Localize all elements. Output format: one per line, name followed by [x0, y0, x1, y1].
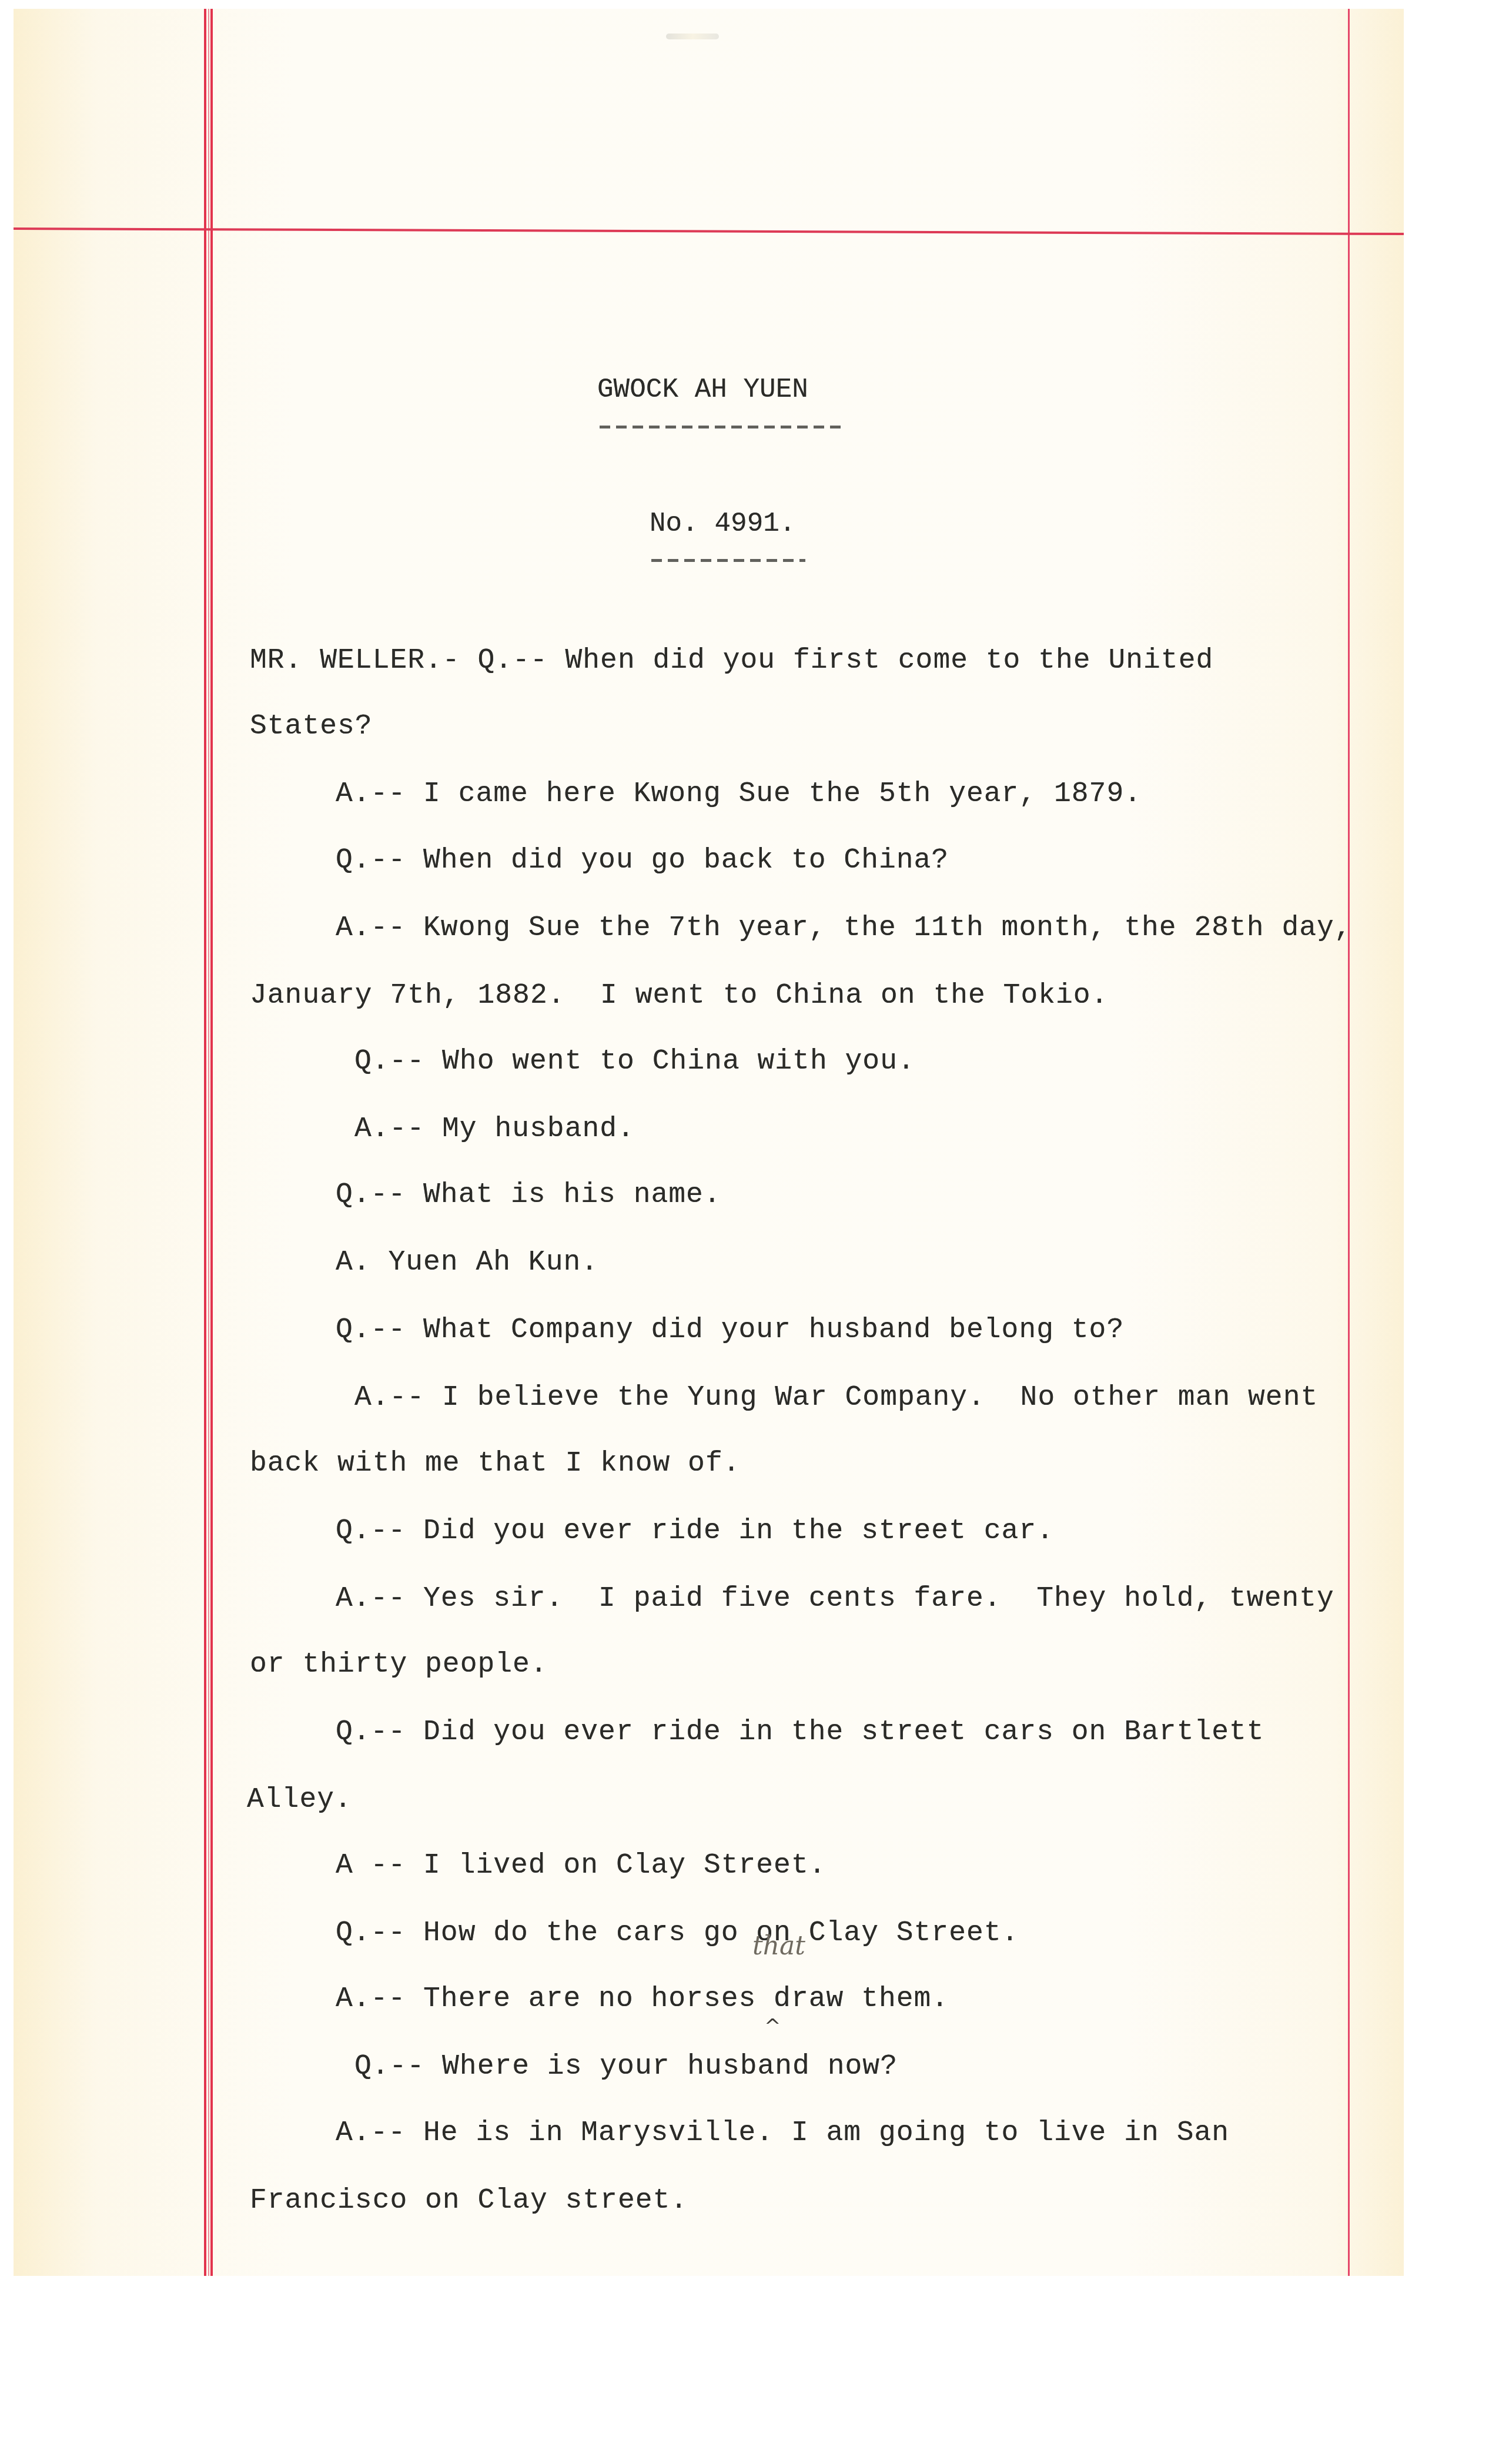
transcript-line: A.-- There are no horses draw them.: [336, 1985, 949, 2013]
transcript-line: Q.-- Did you ever ride in the street car…: [336, 1718, 1264, 1746]
transcript-line: Q.-- Where is your husband now?: [354, 2053, 898, 2081]
transcript-line: A -- I lived on Clay Street.: [336, 1852, 827, 1880]
transcript-line: A. Yuen Ah Kun.: [336, 1248, 598, 1277]
transcript-line: States?: [250, 712, 373, 741]
margin-rule-left-outer: [210, 9, 213, 2276]
margin-rule-left-inner: [208, 9, 209, 2276]
case-number: No. 4991.: [650, 510, 795, 537]
transcript-line: Alley.: [247, 1786, 352, 1814]
staple-mark: [666, 34, 719, 39]
transcript-line: Q.-- How do the cars go on Clay Street.: [336, 1919, 1019, 1947]
margin-rule-right: [1348, 9, 1350, 2276]
transcript-line: Q.-- When did you go back to China?: [336, 846, 949, 875]
title-underline: [600, 426, 841, 428]
transcript-line: Q.-- What is his name.: [336, 1181, 721, 1209]
page-title: GWOCK AH YUEN: [597, 376, 808, 403]
transcript-line: Q.-- What Company did your husband belon…: [336, 1316, 1124, 1344]
transcript-line: January 7th, 1882. I went to China on th…: [250, 982, 1108, 1010]
transcript-line: Q.-- Who went to China with you.: [354, 1047, 915, 1076]
transcript-line: MR. WELLER.- Q.-- When did you first com…: [250, 647, 1213, 675]
header-rule: [14, 227, 1404, 235]
insertion-caret: ^: [764, 2015, 781, 2038]
transcript-line: A.-- My husband.: [354, 1115, 635, 1143]
transcript-line: or thirty people.: [250, 1651, 548, 1679]
transcript-line: A.-- He is in Marysville. I am going to …: [336, 2119, 1229, 2147]
handwritten-insertion: that: [752, 1931, 805, 1961]
transcript-line: A.-- Kwong Sue the 7th year, the 11th mo…: [336, 914, 1352, 942]
transcript-line: Q.-- Did you ever ride in the street car…: [336, 1517, 1054, 1545]
case-number-underline: [651, 559, 805, 562]
transcript-line: A.-- Yes sir. I paid five cents fare. Th…: [336, 1585, 1334, 1613]
transcript-line: back with me that I know of.: [250, 1449, 741, 1478]
transcript-line: A.-- I came here Kwong Sue the 5th year,…: [336, 780, 1142, 808]
transcript-line: Francisco on Clay street.: [250, 2187, 688, 2215]
margin-rule-left: [204, 9, 206, 2276]
transcript-line: A.-- I believe the Yung War Company. No …: [354, 1384, 1318, 1412]
